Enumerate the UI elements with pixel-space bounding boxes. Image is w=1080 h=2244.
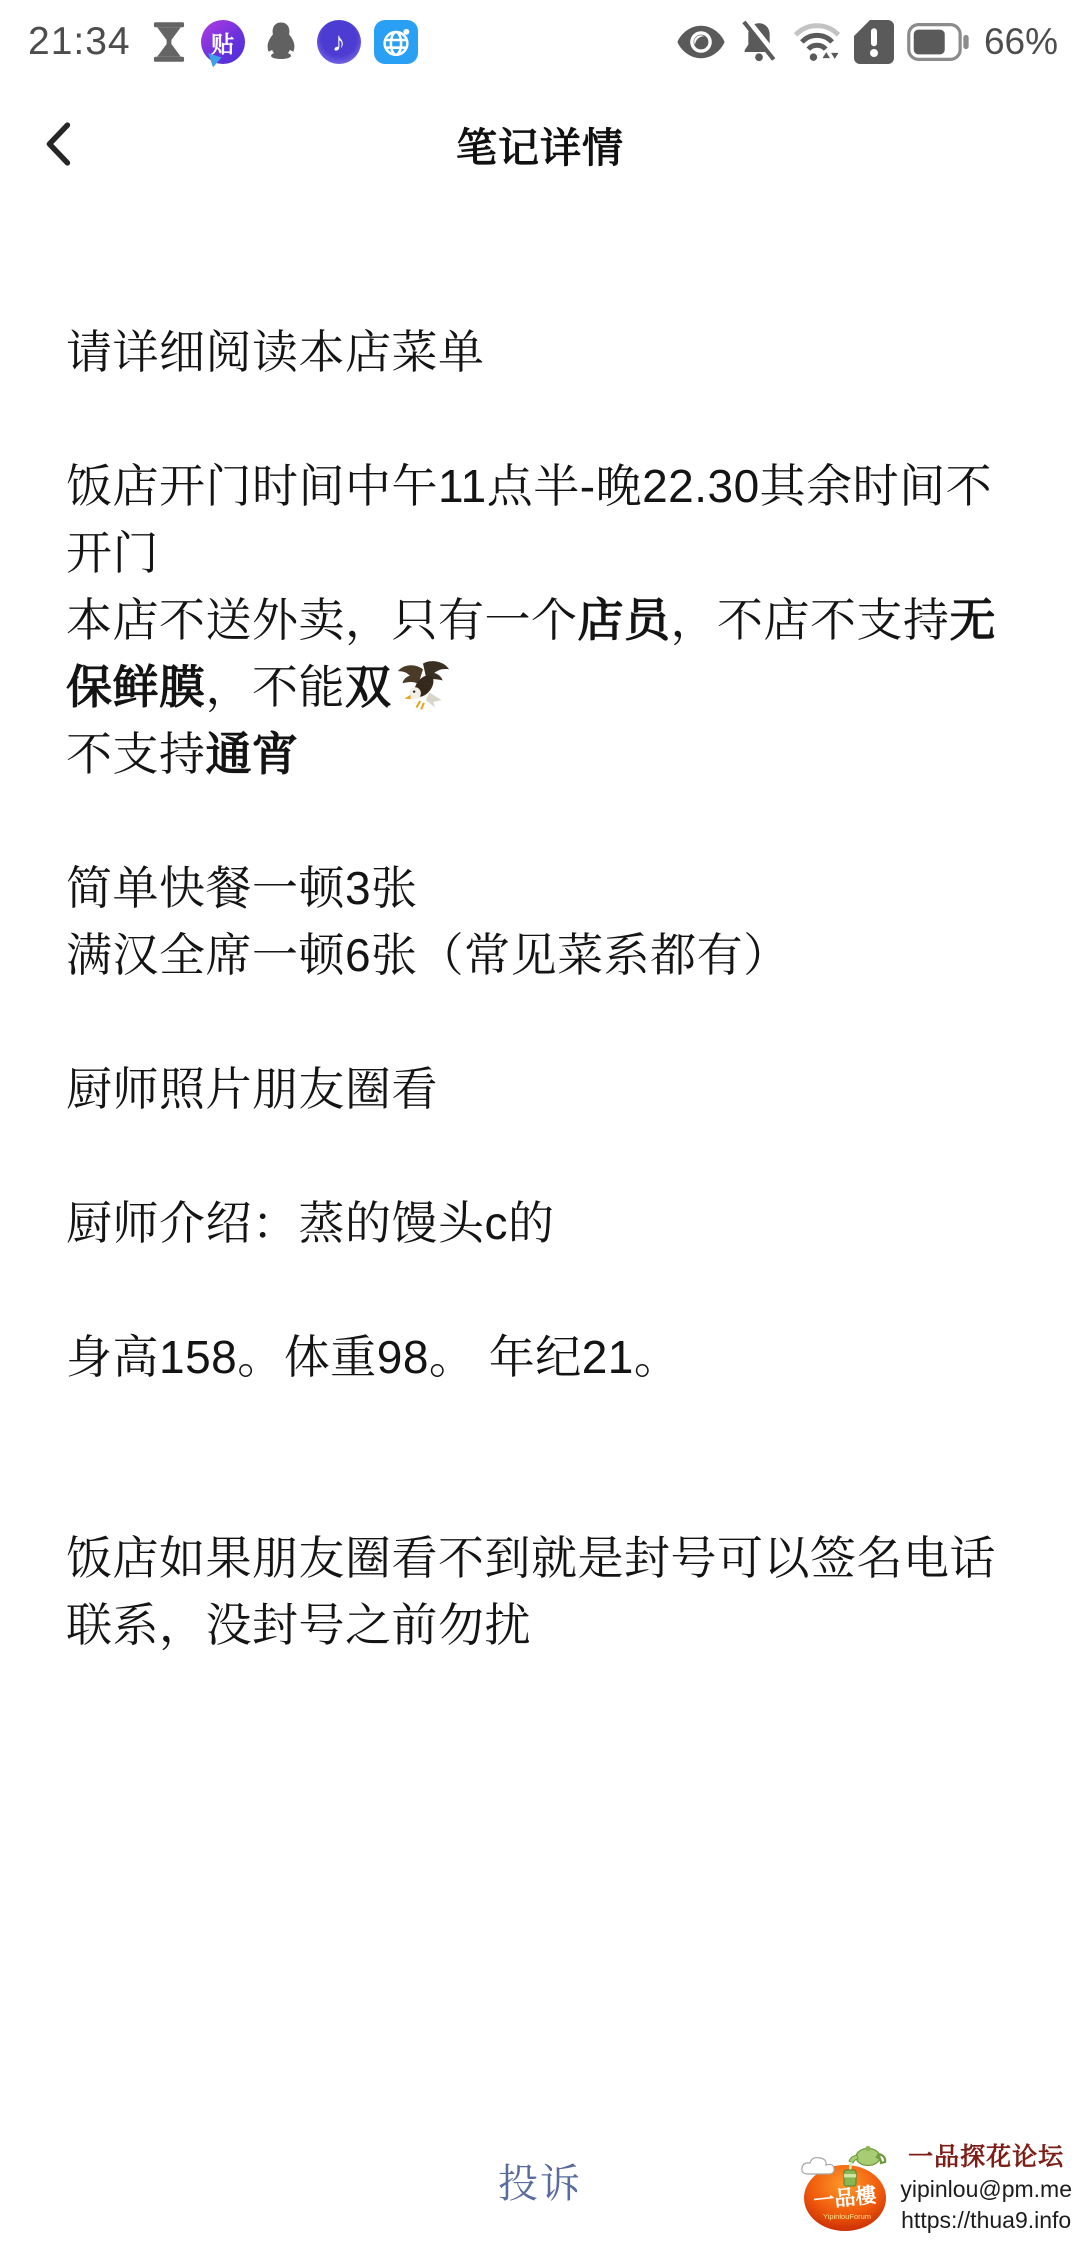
status-bar-left: 21:34 贴 ♪ xyxy=(28,19,418,65)
note-text-line: 厨师照片朋友圈看 xyxy=(66,1056,1020,1123)
note-body: 请详细阅读本店菜单饭店开门时间中午11点半-晚22.30其余时间不开门本店不送外… xyxy=(0,214,1080,1659)
note-bold-run: 店员 xyxy=(578,594,671,646)
note-bold-run: 双 xyxy=(345,661,392,713)
note-text-run: 简单快餐一顿3张 xyxy=(66,862,418,914)
note-text-run: 厨师照片朋友圈看 xyxy=(66,1063,438,1115)
note-text-line: 保鲜膜，不能双 xyxy=(66,654,1020,721)
note-text-run: 请详细阅读本店菜单 xyxy=(66,326,485,378)
note-text-run: 饭店如果朋友圈看不到就是封号可以签名电话 xyxy=(66,1532,996,1584)
eagle-emoji xyxy=(395,659,451,715)
watermark-email: yipinlou@pm.me xyxy=(900,2177,1072,2202)
note-text-run: 联系，没封号之前勿扰 xyxy=(66,1599,531,1651)
hourglass-icon xyxy=(150,20,188,64)
note-text-line: 饭店开门时间中午11点半-晚22.30其余时间不 xyxy=(66,453,1020,520)
watermark-text: 一品探花论坛 yipinlou@pm.me https://thua9.info xyxy=(900,2144,1072,2233)
note-text-line: 厨师介绍：蒸的馒头c的 xyxy=(66,1190,1020,1257)
note-text-run: 不支持 xyxy=(66,728,206,780)
wifi-icon xyxy=(793,21,841,63)
blank-line xyxy=(66,788,1020,855)
battery-percent-label: 66% xyxy=(984,21,1058,63)
watermark-url: https://thua9.info xyxy=(901,2208,1071,2233)
note-text-run: 本店不送外卖，只有一个 xyxy=(66,594,578,646)
note-text-run: 厨师介绍：蒸的馒头c的 xyxy=(66,1197,555,1249)
status-bar: 21:34 贴 ♪ xyxy=(0,0,1080,74)
note-text-run: 身高158。体重98。 年纪21。 xyxy=(66,1331,680,1383)
note-text-run: ，不能 xyxy=(206,661,346,713)
blank-line xyxy=(66,386,1020,453)
music-note-glyph: ♪ xyxy=(332,27,346,58)
site-watermark: 一品樓 YipinlouForum 一品探花论坛 yipinlou@pm.me … xyxy=(798,2141,1072,2235)
blank-line xyxy=(66,1257,1020,1324)
note-text-line: 联系，没封号之前勿扰 xyxy=(66,1592,1020,1659)
tieba-glyph: 贴 xyxy=(211,26,234,59)
note-bold-run: 无 xyxy=(950,594,997,646)
eye-comfort-icon xyxy=(677,25,725,59)
qq-app-icon xyxy=(258,19,304,65)
note-text-run: 满汉全席一顿6张（常见菜系都有） xyxy=(66,929,790,981)
note-bold-run: 保鲜膜 xyxy=(66,661,206,713)
watermark-site-name: 一品探花论坛 xyxy=(908,2144,1064,2171)
note-text-line: 开门 xyxy=(66,520,1020,587)
note-text-run: ，不店不支持 xyxy=(671,594,950,646)
blank-line xyxy=(66,989,1020,1056)
blank-line xyxy=(66,1123,1020,1190)
music-app-icon: ♪ xyxy=(317,20,361,64)
header: 笔记详情 xyxy=(0,74,1080,214)
tieba-app-icon: 贴 xyxy=(201,20,245,64)
note-text-line: 本店不送外卖，只有一个店员，不店不支持无 xyxy=(66,587,1020,654)
notifications-muted-icon xyxy=(738,20,780,64)
note-bold-run: 通宵 xyxy=(206,728,299,780)
note-text-run: 开门 xyxy=(66,527,159,579)
browser-app-icon xyxy=(374,20,418,64)
logo-subtext: YipinlouForum xyxy=(823,2212,871,2221)
note-text-line: 不支持通宵 xyxy=(66,721,1020,788)
note-text-line: 饭店如果朋友圈看不到就是封号可以签名电话 xyxy=(66,1525,1020,1592)
blank-line xyxy=(66,1458,1020,1525)
note-text-line: 简单快餐一顿3张 xyxy=(66,855,1020,922)
globe-icon xyxy=(379,25,413,59)
battery-icon xyxy=(907,22,969,62)
clock: 21:34 xyxy=(28,20,131,64)
status-bar-right: 66% xyxy=(677,19,1058,65)
blank-line xyxy=(66,1391,1020,1458)
back-button[interactable] xyxy=(36,120,80,168)
page-title: 笔记详情 xyxy=(0,115,1080,174)
yipinlou-logo: 一品樓 YipinlouForum xyxy=(798,2141,892,2235)
note-text-line: 身高158。体重98。 年纪21。 xyxy=(66,1324,1020,1391)
note-text-run: 饭店开门时间中午11点半-晚22.30其余时间不 xyxy=(66,460,992,512)
note-text-line: 请详细阅读本店菜单 xyxy=(66,319,1020,386)
sim-alert-icon xyxy=(854,19,894,65)
note-text-line: 满汉全席一顿6张（常见菜系都有） xyxy=(66,922,1020,989)
